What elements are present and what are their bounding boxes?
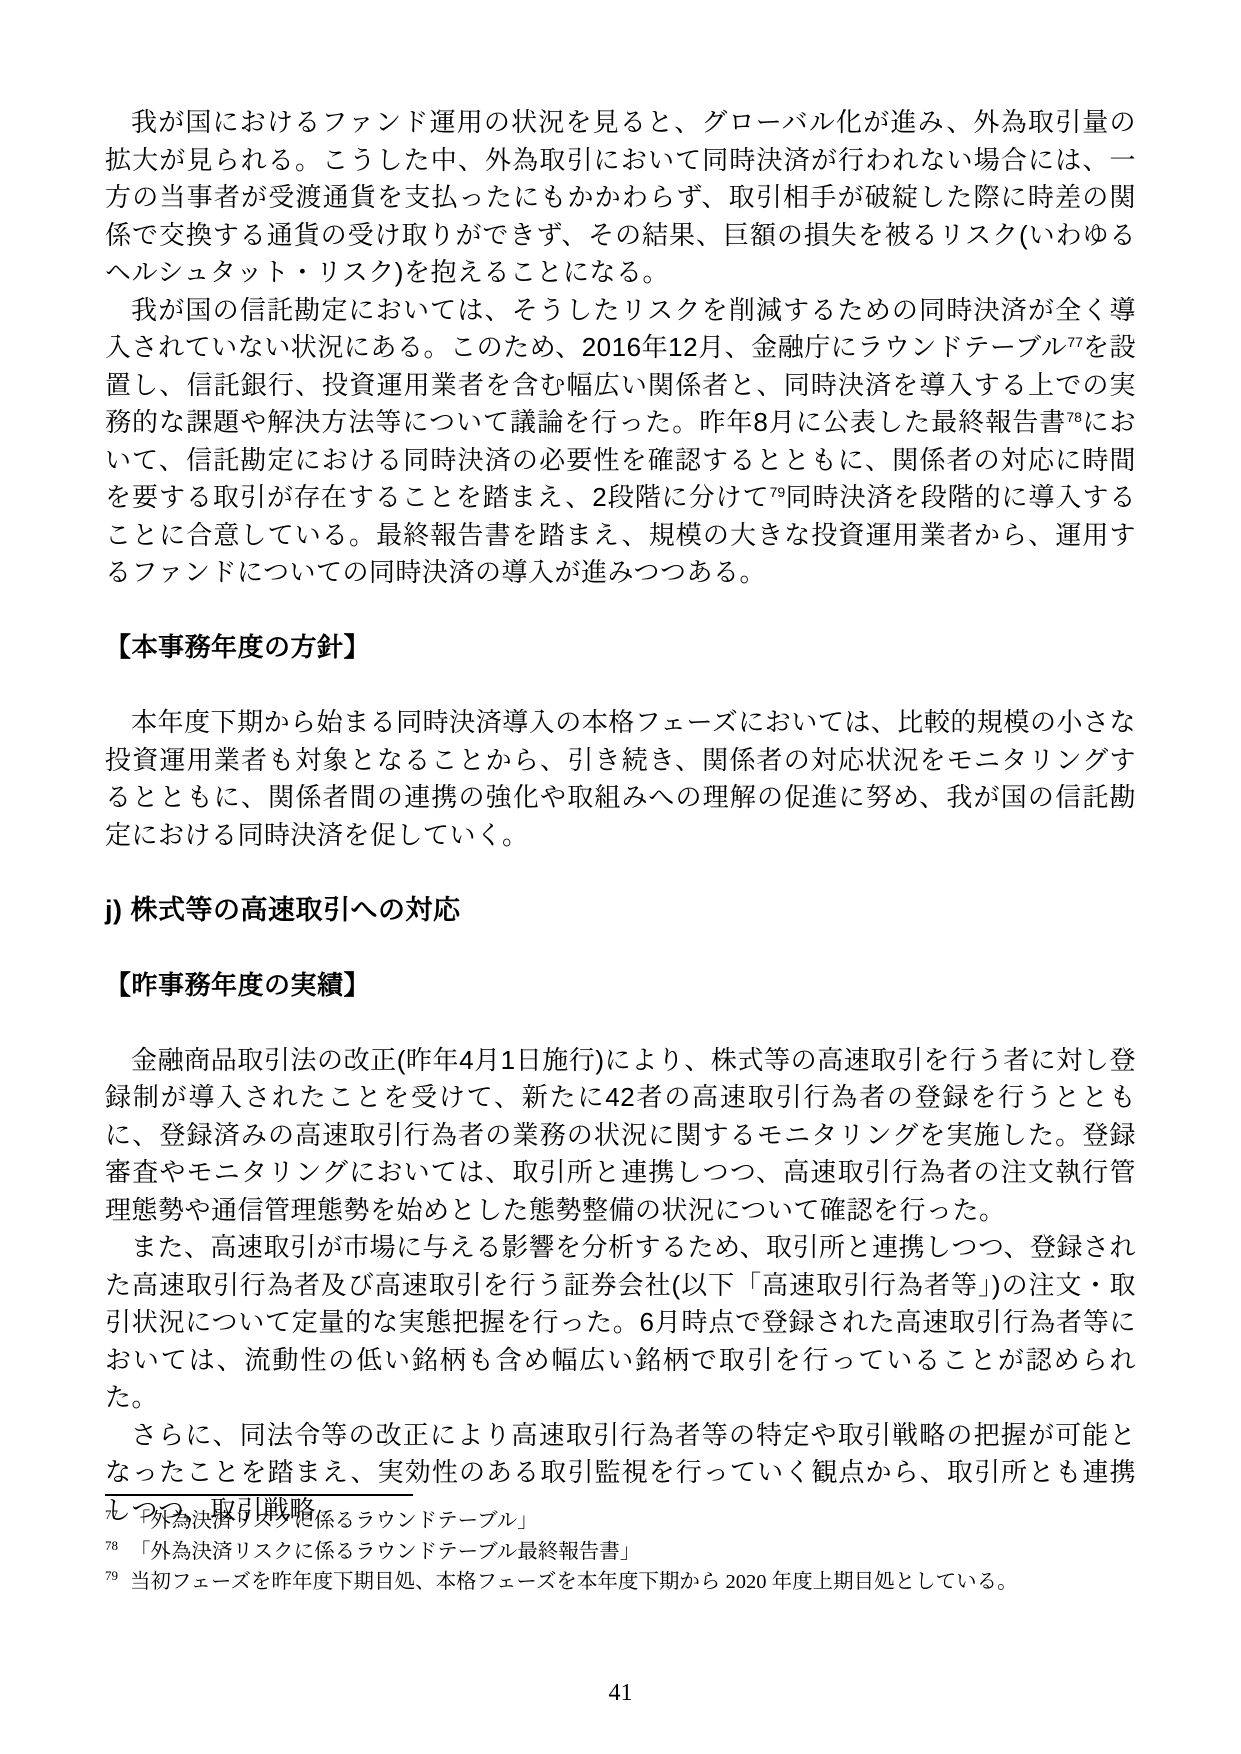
footnote-ref-77: 77 bbox=[1067, 334, 1083, 350]
paragraph-hft-market-analysis: また、高速取引が市場に与える影響を分析するため、取引所と連携しつつ、登録された高… bbox=[105, 1229, 1136, 1417]
footnote-text: 当初フェーズを昨年度下期目処、本格フェーズを本年度下期から 2020 年度上期目… bbox=[130, 1571, 1018, 1593]
footnote-78: 78「外為決済リスクに係るラウンドテーブル最終報告書」 bbox=[105, 1537, 1136, 1568]
heading-j-hft-response: j) 株式等の高速取引への対応 bbox=[105, 892, 1136, 930]
footnote-ref-78: 78 bbox=[1066, 409, 1082, 425]
paragraph-current-year-policy: 本年度下期から始まる同時決済導入の本格フェーズにおいては、比較的規模の小さな投資… bbox=[105, 704, 1136, 854]
footnotes-section: 77「外為決済リスクに係るラウンドテーブル」 78「外為決済リスクに係るラウンド… bbox=[105, 1494, 1136, 1598]
footnote-text: 「外為決済リスクに係るラウンドテーブル」 bbox=[130, 1510, 538, 1532]
paragraph-trust-account-settlement: 我が国の信託勘定においては、そうしたリスクを削減するための同時決済が全く導入され… bbox=[105, 292, 1136, 592]
heading-current-year-policy: 【本事務年度の方針】 bbox=[105, 629, 1136, 667]
footnote-number: 78 bbox=[105, 1538, 118, 1553]
footnote-text: 「外為決済リスクに係るラウンドテーブル最終報告書」 bbox=[130, 1541, 640, 1563]
footnote-79: 79当初フェーズを昨年度下期目処、本格フェーズを本年度下期から 2020 年度上… bbox=[105, 1567, 1136, 1598]
footnote-number: 77 bbox=[105, 1507, 118, 1522]
heading-last-year-results: 【昨事務年度の実績】 bbox=[105, 967, 1136, 1005]
paragraph-fx-settlement-risk: 我が国におけるファンド運用の状況を見ると、グローバル化が進み、外為取引量の拡大が… bbox=[105, 104, 1136, 292]
document-body: 我が国におけるファンド運用の状況を見ると、グローバル化が進み、外為取引量の拡大が… bbox=[105, 104, 1136, 1529]
document-page: 我が国におけるファンド運用の状況を見ると、グローバル化が進み、外為取引量の拡大が… bbox=[0, 0, 1241, 1754]
page-number: 41 bbox=[0, 1680, 1241, 1707]
paragraph-text-run: 我が国の信託勘定においては、そうしたリスクを削減するための同時決済が全く導入され… bbox=[105, 295, 1136, 363]
footnote-77: 77「外為決済リスクに係るラウンドテーブル」 bbox=[105, 1506, 1136, 1537]
footnote-ref-79: 79 bbox=[770, 484, 786, 500]
footnote-number: 79 bbox=[105, 1568, 118, 1583]
footnote-separator-line bbox=[105, 1494, 413, 1496]
paragraph-hft-registration: 金融商品取引法の改正(昨年4月1日施行)により、株式等の高速取引を行う者に対し登… bbox=[105, 1042, 1136, 1230]
